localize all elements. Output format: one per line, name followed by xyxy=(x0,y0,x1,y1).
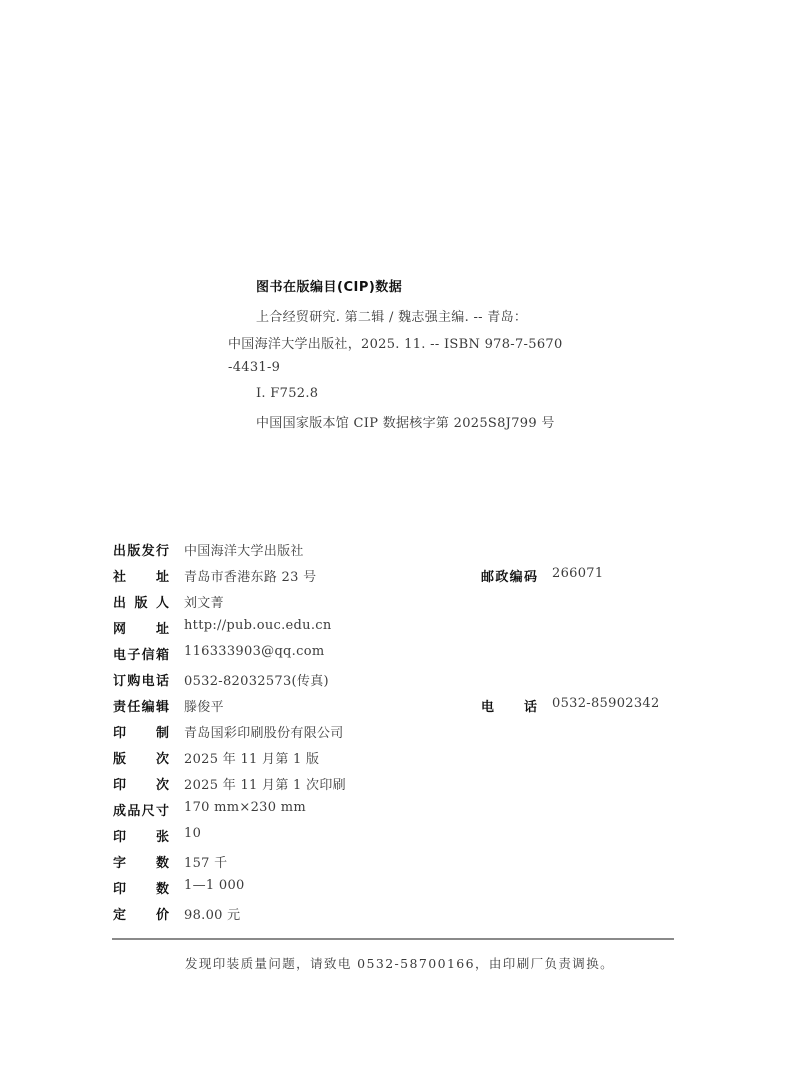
cip-line-classification: Ⅰ. F752.8 xyxy=(256,386,318,401)
info-value: 中国海洋大学出版社 xyxy=(184,540,304,559)
info-value: 青岛市香港东路 23 号 xyxy=(184,566,316,585)
cip-line-cip-number: 中国国家版本馆 CIP 数据核字第 2025S8J799 号 xyxy=(256,412,555,431)
info-value: 滕俊平 xyxy=(184,696,224,715)
quality-notice: 发现印装质量问题，请致电 0532-58700166，由印刷厂负责调换。 xyxy=(0,954,799,972)
info-label: 出版人 xyxy=(113,592,169,611)
info-label: 版次 xyxy=(113,748,169,767)
info-label-postcode: 邮政编码 xyxy=(481,566,537,585)
info-row-address: 社址 青岛市香港东路 23 号 邮政编码 266071 xyxy=(113,566,675,586)
info-label: 印数 xyxy=(113,878,169,897)
info-value: 0532-82032573(传真) xyxy=(184,670,329,689)
info-label: 社址 xyxy=(113,566,169,585)
info-value: 青岛国彩印刷股份有限公司 xyxy=(184,722,344,741)
cip-line-isbn-cont: -4431-9 xyxy=(228,360,280,375)
info-label: 责任编辑 xyxy=(113,696,169,715)
cip-title: 图书在版编目(CIP)数据 xyxy=(256,276,402,295)
info-value-email[interactable]: 116333903@qq.com xyxy=(184,644,324,659)
cip-line-title: 上合经贸研究. 第二辑 / 魏志强主编. -- 青岛： xyxy=(256,306,527,325)
info-row-editor: 责任编辑 滕俊平 电话 0532-85902342 xyxy=(113,696,675,716)
info-value-phone: 0532-85902342 xyxy=(552,696,660,711)
info-value: 2025 年 11 月第 1 次印刷 xyxy=(184,774,346,793)
info-value: 98.00 元 xyxy=(184,904,240,923)
info-value: 刘文菁 xyxy=(184,592,224,611)
info-value-website[interactable]: http://pub.ouc.edu.cn xyxy=(184,618,332,633)
info-label: 印张 xyxy=(113,826,169,845)
info-label: 电子信箱 xyxy=(113,644,169,663)
divider xyxy=(112,938,674,940)
info-label: 订购电话 xyxy=(113,670,169,689)
info-label: 印制 xyxy=(113,722,169,741)
info-value: 170 mm×230 mm xyxy=(184,800,306,815)
cip-line-publisher: 中国海洋大学出版社，2025. 11. -- ISBN 978-7-5670 xyxy=(228,333,563,352)
info-value: 10 xyxy=(184,826,201,841)
info-value: 2025 年 11 月第 1 版 xyxy=(184,748,319,767)
info-label: 出版发行 xyxy=(113,540,169,559)
info-value: 157 千 xyxy=(184,852,227,871)
info-label: 定价 xyxy=(113,904,169,923)
info-label: 网址 xyxy=(113,618,169,637)
info-label-phone: 电话 xyxy=(481,696,537,715)
info-label: 成品尺寸 xyxy=(113,800,169,819)
info-value: 1—1 000 xyxy=(184,878,245,893)
info-label: 字数 xyxy=(113,852,169,871)
info-value-postcode: 266071 xyxy=(552,566,603,581)
info-label: 印次 xyxy=(113,774,169,793)
